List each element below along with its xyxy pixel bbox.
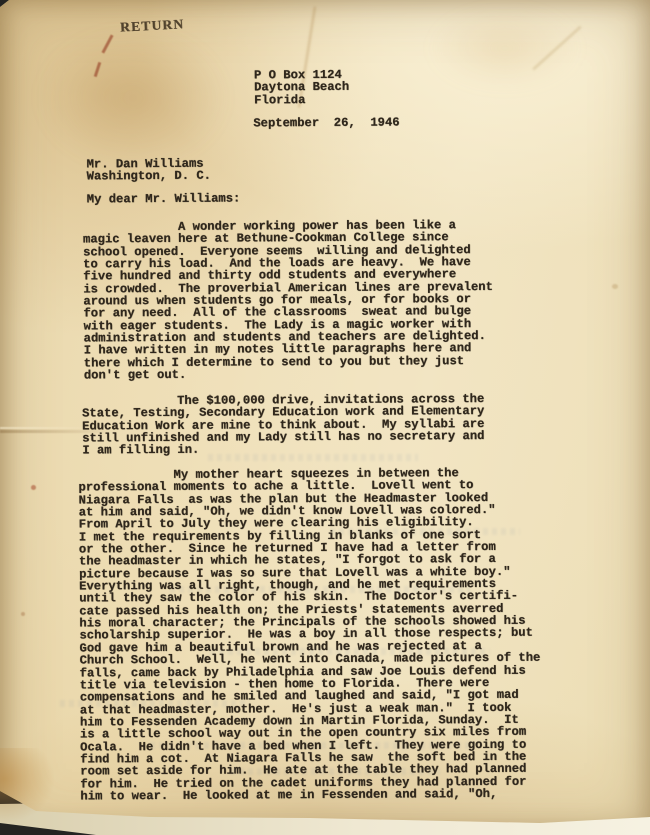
sender-address-block: P O Box 1124 Daytona Beach Florida	[254, 69, 349, 107]
letter-paragraph: My mother heart squeezes in between the …	[78, 467, 541, 803]
letter-paragraph: A wonder working power has been like a m…	[83, 219, 494, 382]
letter-scan: RETURN P O Box 1124 Daytona Beach Florid…	[0, 0, 650, 835]
salutation-line: My dear Mr. Williams:	[87, 192, 241, 205]
letter-paragraph: The $100,000 drive, invitations across t…	[82, 393, 485, 457]
date-line: September 26, 1946	[253, 117, 399, 130]
recipient-address-block: Mr. Dan Williams Washington, D. C.	[87, 158, 211, 183]
typed-text-layer: P O Box 1124 Daytona Beach Florida Septe…	[0, 0, 650, 835]
